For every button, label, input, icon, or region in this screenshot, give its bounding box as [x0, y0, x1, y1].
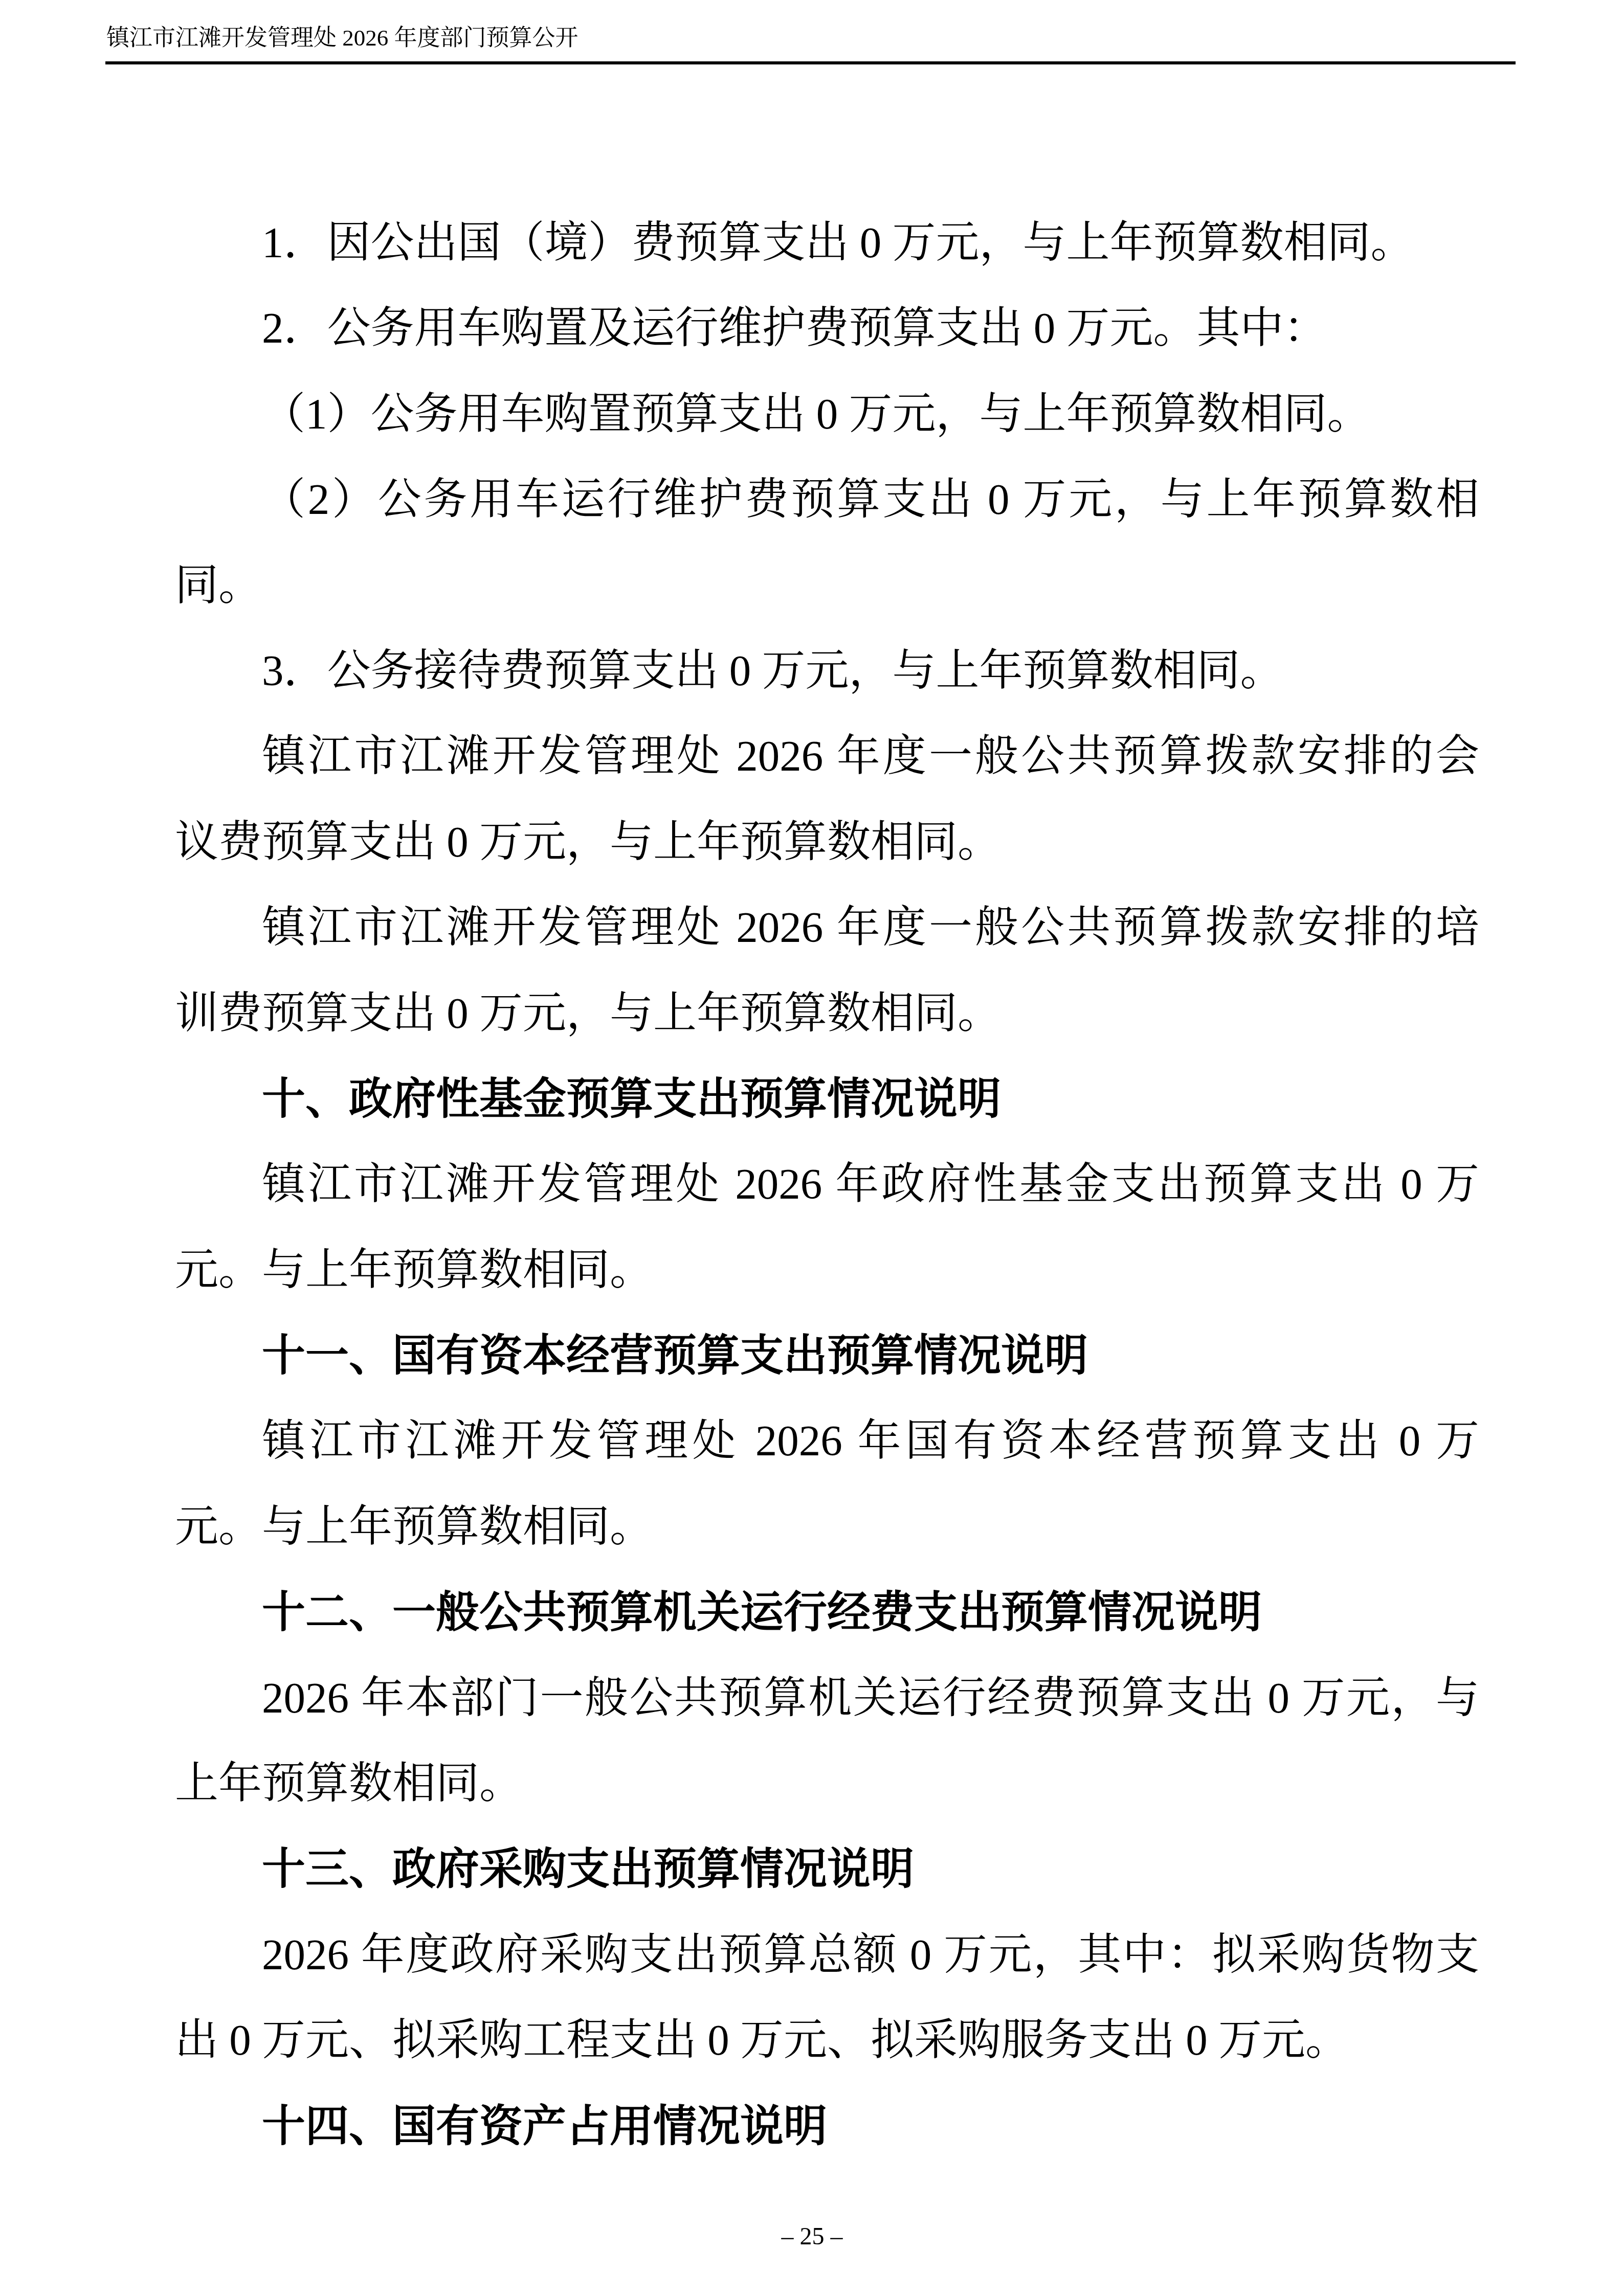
body-line: 议费预算支出 0 万元，与上年预算数相同。 [175, 800, 1479, 885]
body-line: 镇江市江滩开发管理处 2026 年度一般公共预算拨款安排的培 [175, 885, 1479, 971]
body-line: 1．因公出国（境）费预算支出 0 万元，与上年预算数相同。 [175, 200, 1479, 286]
body-line: 2．公务用车购置及运行维护费预算支出 0 万元。其中： [175, 286, 1479, 371]
body-line: 镇江市江滩开发管理处 2026 年度一般公共预算拨款安排的会 [175, 714, 1479, 799]
header-rule [105, 61, 1516, 64]
section-heading: 十二、一般公共预算机关运行经费支出预算情况说明 [175, 1570, 1479, 1655]
body-line: 训费预算支出 0 万元，与上年预算数相同。 [175, 971, 1479, 1056]
body-line: 镇江市江滩开发管理处 2026 年政府性基金支出预算支出 0 万 [175, 1142, 1479, 1227]
body-line: 元。与上年预算数相同。 [175, 1484, 1479, 1570]
body-line: 2026 年本部门一般公共预算机关运行经费预算支出 0 万元，与 [175, 1656, 1479, 1741]
body-line: （1）公务用车购置预算支出 0 万元，与上年预算数相同。 [175, 372, 1479, 457]
section-heading: 十四、国有资产占用情况说明 [175, 2084, 1479, 2169]
body-line: 镇江市江滩开发管理处 2026 年国有资本经营预算支出 0 万 [175, 1399, 1479, 1484]
body-line: （2）公务用车运行维护费预算支出 0 万元，与上年预算数相 [175, 457, 1479, 543]
document-body: 1．因公出国（境）费预算支出 0 万元，与上年预算数相同。2．公务用车购置及运行… [175, 200, 1479, 2169]
body-line: 3．公务接待费预算支出 0 万元，与上年预算数相同。 [175, 628, 1479, 714]
page-header-title: 镇江市江滩开发管理处 2026 年度部门预算公开 [106, 26, 579, 51]
body-line: 出 0 万元、拟采购工程支出 0 万元、拟采购服务支出 0 万元。 [175, 1998, 1479, 2083]
body-line: 同。 [175, 543, 1479, 628]
body-line: 2026 年度政府采购支出预算总额 0 万元，其中：拟采购货物支 [175, 1912, 1479, 1998]
document-page: 镇江市江滩开发管理处 2026 年度部门预算公开 1．因公出国（境）费预算支出 … [0, 0, 1624, 2296]
body-line: 元。与上年预算数相同。 [175, 1228, 1479, 1313]
section-heading: 十、政府性基金预算支出预算情况说明 [175, 1056, 1479, 1142]
body-line: 上年预算数相同。 [175, 1741, 1479, 1827]
page-number: – 25 – [0, 2224, 1624, 2249]
section-heading: 十一、国有资本经营预算支出预算情况说明 [175, 1313, 1479, 1399]
section-heading: 十三、政府采购支出预算情况说明 [175, 1827, 1479, 1912]
